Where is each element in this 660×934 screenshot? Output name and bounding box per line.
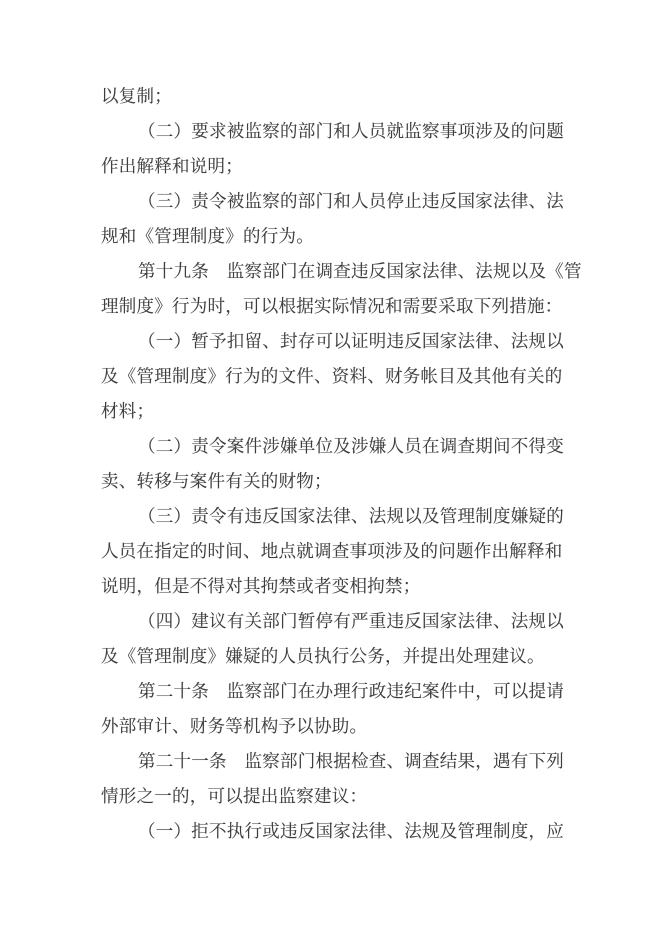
text-line: 理制度》行为时，可以根据实际情况和需要采取下列措施： bbox=[101, 289, 601, 324]
document-text-block: 以复制；（二）要求被监察的部门和人员就监察事项涉及的问题作出解释和说明；（三）责… bbox=[101, 79, 601, 849]
text-line: （二）责令案件涉嫌单位及涉嫌人员在调查期间不得变 bbox=[101, 429, 601, 464]
text-line: （四）建议有关部门暂停有严重违反国家法律、法规以 bbox=[101, 604, 601, 639]
text-line: 材料； bbox=[101, 394, 601, 429]
text-line: 人员在指定的时间、地点就调查事项涉及的问题作出解释和 bbox=[101, 534, 601, 569]
text-line: （一）拒不执行或违反国家法律、法规及管理制度，应 bbox=[101, 814, 601, 849]
text-line: （三）责令有违反国家法律、法规以及管理制度嫌疑的 bbox=[101, 499, 601, 534]
text-line: 规和《管理制度》的行为。 bbox=[101, 219, 601, 254]
text-line: 及《管理制度》行为的文件、资料、财务帐目及其他有关的 bbox=[101, 359, 601, 394]
text-line: （一）暂予扣留、封存可以证明违反国家法律、法规以 bbox=[101, 324, 601, 359]
text-line: 作出解释和说明； bbox=[101, 149, 601, 184]
text-line: 外部审计、财务等机构予以协助。 bbox=[101, 709, 601, 744]
document-page: 以复制；（二）要求被监察的部门和人员就监察事项涉及的问题作出解释和说明；（三）责… bbox=[0, 0, 660, 934]
text-line: 第十九条 监察部门在调查违反国家法律、法规以及《管 bbox=[101, 254, 601, 289]
text-line: 第二十条 监察部门在办理行政违纪案件中，可以提请 bbox=[101, 674, 601, 709]
text-line: 说明，但是不得对其拘禁或者变相拘禁； bbox=[101, 569, 601, 604]
text-line: 卖、转移与案件有关的财物； bbox=[101, 464, 601, 499]
text-line: （二）要求被监察的部门和人员就监察事项涉及的问题 bbox=[101, 114, 601, 149]
text-line: （三）责令被监察的部门和人员停止违反国家法律、法 bbox=[101, 184, 601, 219]
text-line: 以复制； bbox=[101, 79, 601, 114]
text-line: 情形之一的，可以提出监察建议： bbox=[101, 779, 601, 814]
text-line: 及《管理制度》嫌疑的人员执行公务，并提出处理建议。 bbox=[101, 639, 601, 674]
text-line: 第二十一条 监察部门根据检查、调查结果，遇有下列 bbox=[101, 744, 601, 779]
